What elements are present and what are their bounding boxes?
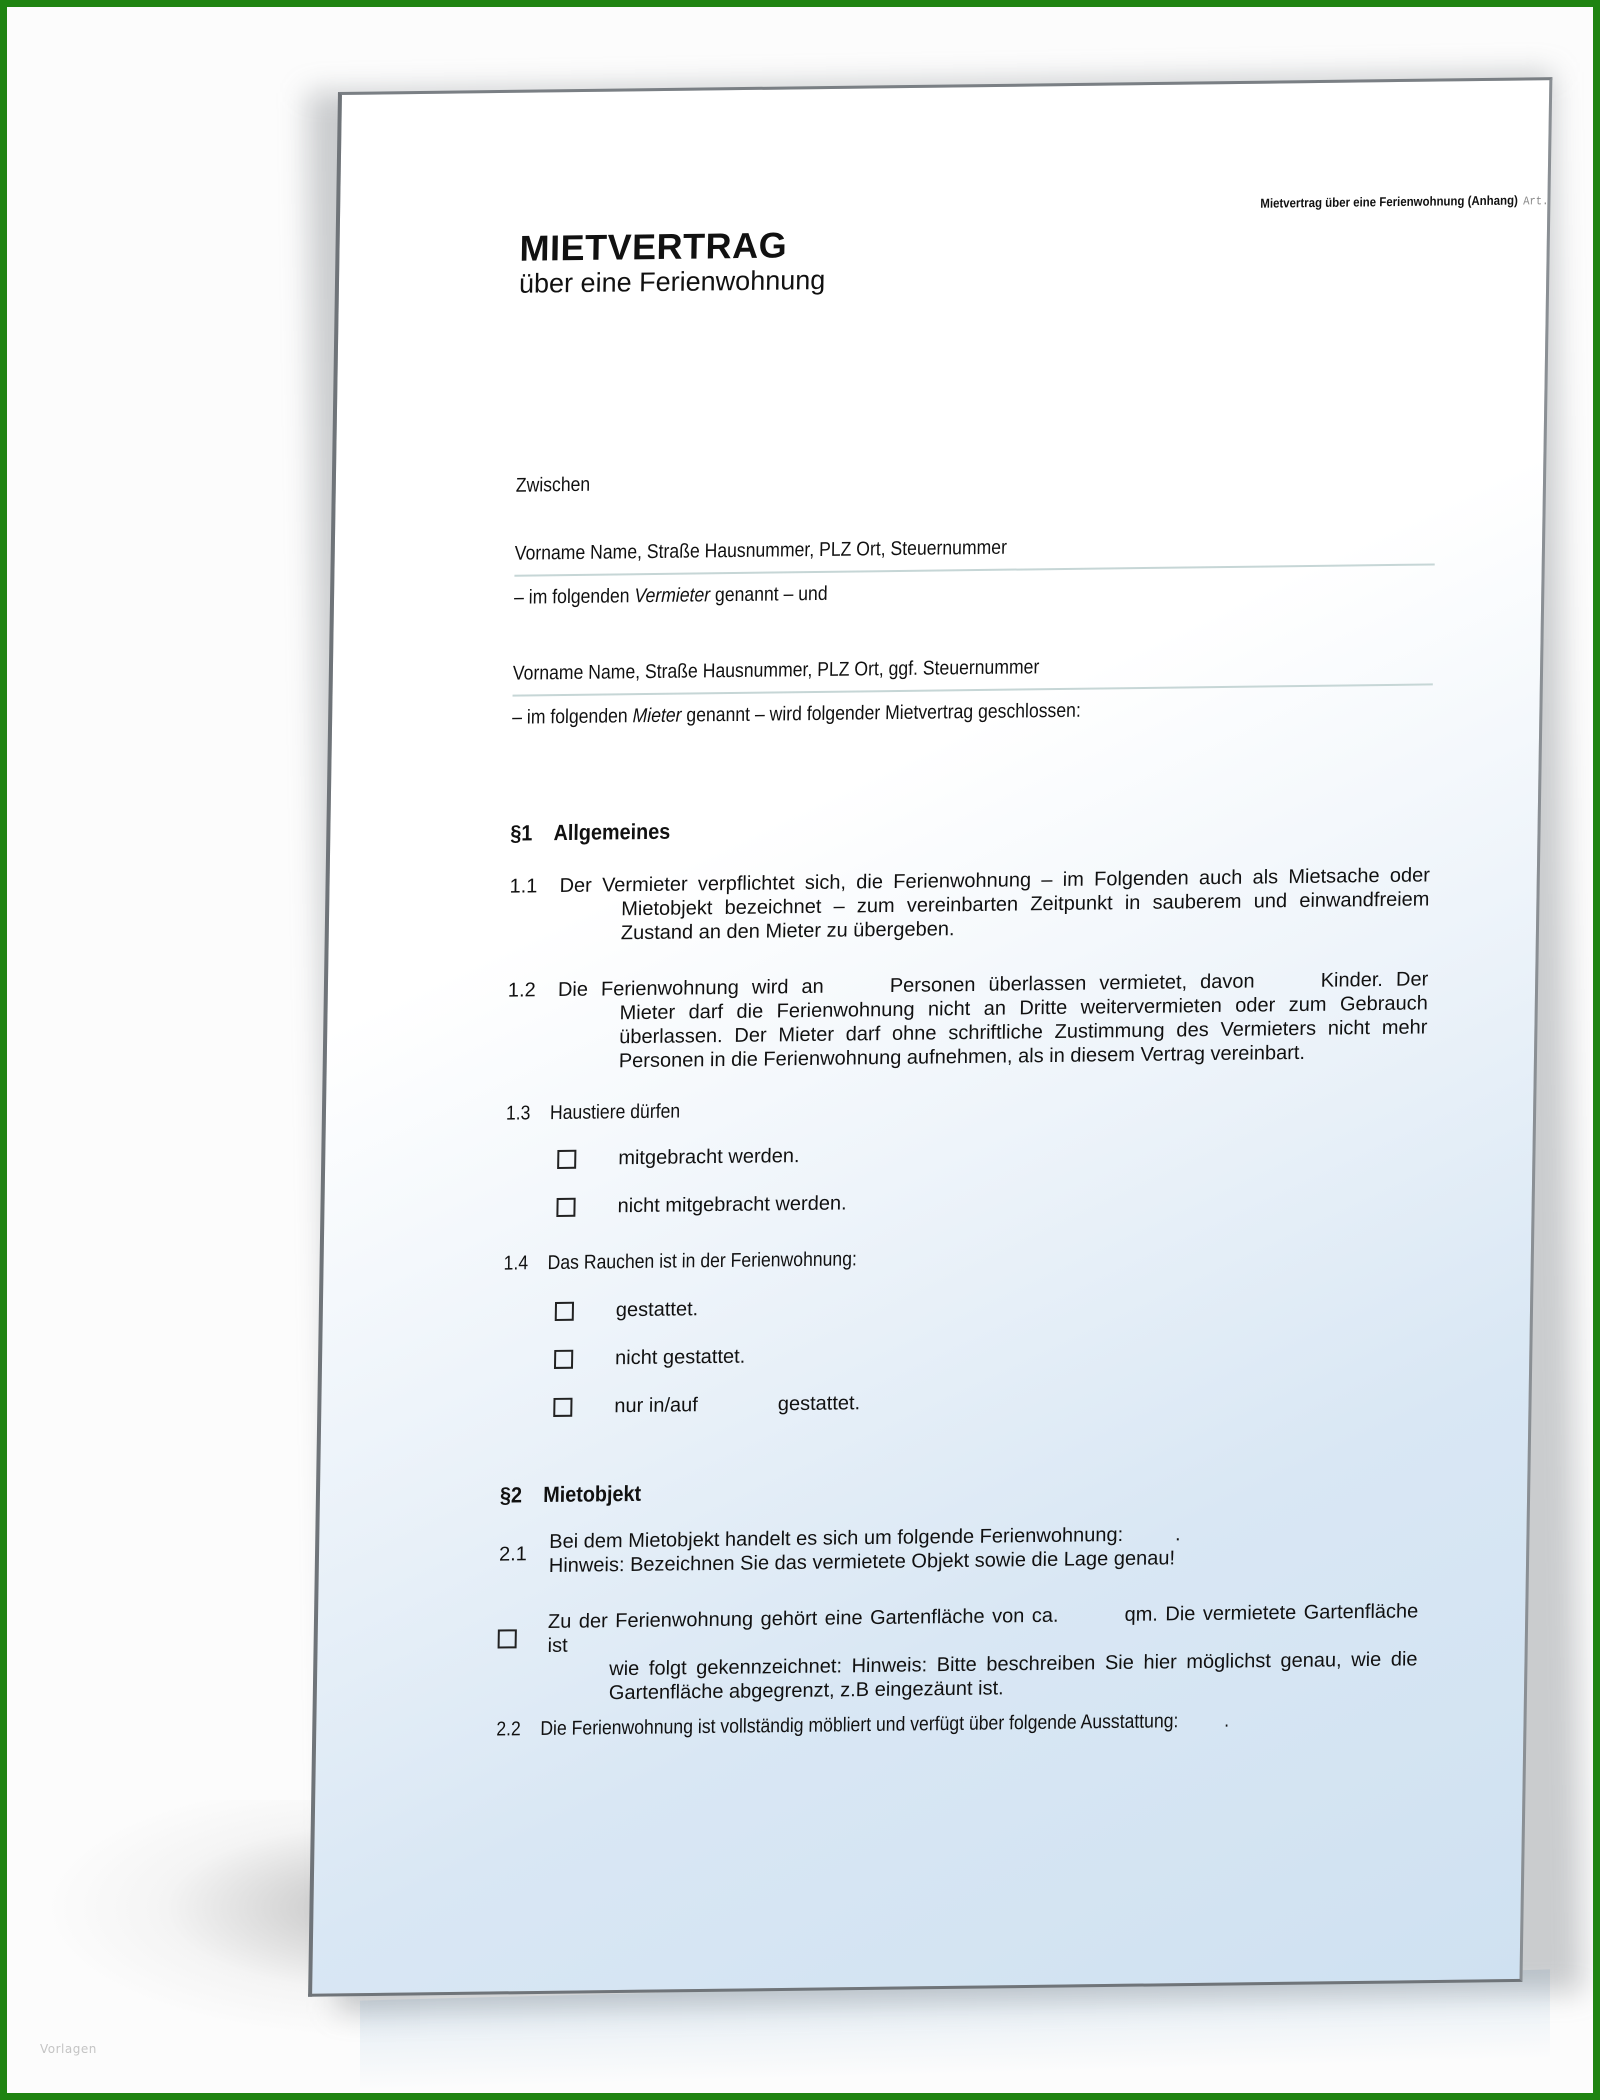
landlord-role: – im folgenden Vermieter genannt – und bbox=[514, 583, 828, 610]
garden-size-blank[interactable] bbox=[1058, 1621, 1124, 1622]
clause-number: 2.2 bbox=[496, 1718, 540, 1742]
running-header: Mietvertrag über eine Ferienwohnung (Anh… bbox=[1260, 191, 1552, 211]
clause-number: 2.1 bbox=[499, 1542, 527, 1566]
option-label: nicht gestattet. bbox=[615, 1346, 745, 1370]
section-number: §1 bbox=[510, 820, 554, 847]
option-smoking-not-allowed[interactable]: nicht gestattet. bbox=[554, 1346, 745, 1371]
children-blank[interactable] bbox=[1255, 987, 1321, 988]
watermark: Vorlagen bbox=[40, 2042, 97, 2056]
landlord-role-prefix: – im folgenden bbox=[514, 585, 635, 608]
landlord-role-term: Vermieter bbox=[634, 584, 710, 607]
location-blank[interactable] bbox=[698, 1410, 778, 1411]
clause-text: Kinder. Der bbox=[1321, 968, 1429, 991]
clause-text: . bbox=[1224, 1710, 1229, 1732]
clause-1-4: 1.4Das Rauchen ist in der Ferienwohnung: bbox=[503, 1248, 857, 1275]
clause-number: 1.4 bbox=[503, 1252, 547, 1276]
checkbox[interactable] bbox=[557, 1150, 576, 1169]
checkbox[interactable] bbox=[555, 1302, 574, 1321]
clause-text: Die Ferienwohnung ist vollständig möblie… bbox=[540, 1710, 1178, 1740]
tenant-role-suffix: genannt – wird folgender Mietvertrag ges… bbox=[681, 700, 1081, 727]
section-title: Allgemeines bbox=[553, 819, 670, 845]
option-smoking-only-in[interactable]: nur in/aufgestattet. bbox=[553, 1392, 860, 1419]
landlord-field[interactable]: Vorname Name, Straße Hausnummer, PLZ Ort… bbox=[515, 537, 1008, 566]
option-pets-not-allowed[interactable]: nicht mitgebracht werden. bbox=[556, 1192, 846, 1219]
section-heading-1: §1Allgemeines bbox=[510, 819, 670, 847]
clause-number: 1.2 bbox=[508, 978, 536, 1002]
clause-text: Das Rauchen ist in der Ferienwohnung: bbox=[547, 1248, 857, 1274]
clause-text: . bbox=[1175, 1523, 1181, 1545]
apartment-blank[interactable] bbox=[1123, 1540, 1175, 1541]
document-content: Mietvertrag über eine Ferienwohnung (Anh… bbox=[522, 81, 1452, 92]
garden-clause: Zu der Ferienwohnung gehört eine Gartenf… bbox=[497, 1599, 1419, 1706]
option-label: gestattet. bbox=[616, 1298, 699, 1321]
option-label: nur in/auf bbox=[614, 1394, 698, 1417]
between-label: Zwischen bbox=[516, 474, 591, 498]
tenant-role: – im folgenden Mieter genannt – wird fol… bbox=[512, 700, 1081, 730]
clause-1-2: 1.2 Die Ferienwohnung wird anPersonen üb… bbox=[507, 967, 1429, 1074]
clause-1-3: 1.3Haustiere dürfen bbox=[506, 1100, 681, 1125]
checkbox[interactable] bbox=[554, 1350, 573, 1369]
option-suffix: gestattet. bbox=[778, 1392, 861, 1415]
tenant-role-term: Mieter bbox=[632, 705, 681, 728]
landlord-role-suffix: genannt – und bbox=[710, 583, 828, 606]
option-label: mitgebracht werden. bbox=[618, 1145, 800, 1169]
checkbox[interactable] bbox=[553, 1398, 572, 1417]
checkbox[interactable] bbox=[498, 1630, 517, 1649]
clause-text: Haustiere dürfen bbox=[550, 1100, 681, 1124]
equipment-blank[interactable] bbox=[1178, 1727, 1224, 1728]
tenant-field-line bbox=[513, 683, 1433, 696]
landlord-field-line bbox=[514, 563, 1434, 576]
header-reference: Mietvertrag über eine Ferienwohnung (Anh… bbox=[1260, 193, 1518, 211]
clause-2-1: 2.1 Bei dem Mietobjekt handelt es sich u… bbox=[499, 1519, 1420, 1578]
clause-text: Personen überlassen vermietet, davon bbox=[890, 971, 1255, 997]
section-heading-2: §2Mietobjekt bbox=[500, 1481, 642, 1509]
clause-number: 1.1 bbox=[509, 874, 537, 898]
document-title: MIETVERTRAG bbox=[519, 224, 787, 269]
tenant-role-prefix: – im folgenden bbox=[512, 705, 633, 728]
option-label: nicht mitgebracht werden. bbox=[617, 1192, 846, 1217]
option-pets-allowed[interactable]: mitgebracht werden. bbox=[557, 1145, 800, 1171]
section-number: §2 bbox=[500, 1482, 544, 1509]
clause-text: Zu der Ferienwohnung gehört eine Gartenf… bbox=[548, 1605, 1059, 1633]
checkbox[interactable] bbox=[556, 1198, 575, 1217]
clause-text: Die Ferienwohnung wird an bbox=[558, 976, 824, 1001]
persons-blank[interactable] bbox=[824, 992, 890, 993]
clause-2-2: 2.2Die Ferienwohnung ist vollständig möb… bbox=[496, 1710, 1229, 1742]
section-title: Mietobjekt bbox=[543, 1481, 641, 1507]
document-subtitle: über eine Ferienwohnung bbox=[519, 265, 826, 300]
option-smoking-allowed[interactable]: gestattet. bbox=[555, 1298, 699, 1323]
clause-1-1: 1.1 Der Vermieter verpflichtet sich, die… bbox=[509, 863, 1430, 946]
document-page: Mietvertrag über eine Ferienwohnung (Anh… bbox=[308, 77, 1552, 1997]
article-number: Art.Nr. 02169 bbox=[1523, 193, 1552, 208]
tenant-field[interactable]: Vorname Name, Straße Hausnummer, PLZ Ort… bbox=[513, 656, 1040, 685]
clause-number: 1.3 bbox=[506, 1102, 550, 1126]
garden-option[interactable] bbox=[498, 1626, 517, 1650]
